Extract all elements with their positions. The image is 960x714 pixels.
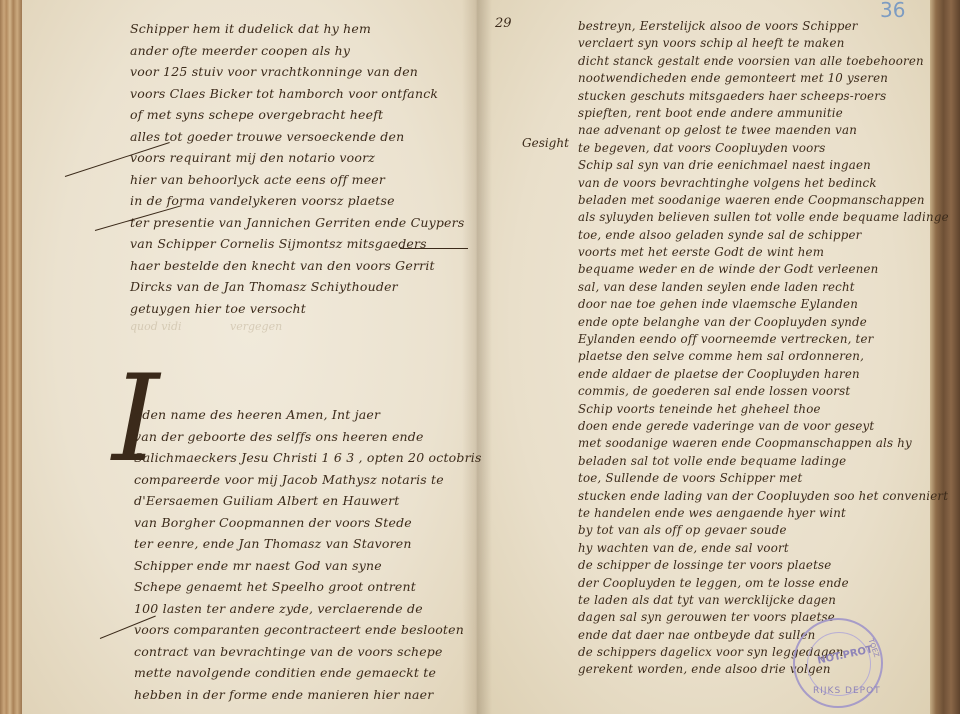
pen-flourish xyxy=(400,248,468,249)
text-line: Schip sal syn van drie eenichmael naest … xyxy=(578,157,949,174)
archive-stamp: NOT.PROT RIJKS DEPOT TOEZ xyxy=(793,618,883,708)
text-line: dagen sal syn gerouwen ter voors plaetse xyxy=(578,609,949,626)
text-line: der Coopluyden te leggen, om te losse en… xyxy=(578,575,949,592)
text-line: ter presentie van Jannichen Gerriten end… xyxy=(130,212,464,234)
text-line: ende dat daer nae ontbeyde dat sullen xyxy=(578,627,949,644)
text-line: Dircks van de Jan Thomasz Schiythouder xyxy=(130,276,464,298)
text-line: bequame weder en de winde der Godt verle… xyxy=(578,261,949,278)
text-line: hy wachten van de, ende sal voort xyxy=(578,540,949,557)
text-line: mette navolgende conditien ende gemaeckt… xyxy=(134,662,482,684)
text-line: of met syns schepe overgebracht heeft xyxy=(130,104,464,126)
text-line: ende aldaer de plaetse der Coopluyden ha… xyxy=(578,366,949,383)
text-line: te laden als dat tyt van wercklijcke dag… xyxy=(578,592,949,609)
text-line: toe, Sullende de voors Schipper met xyxy=(578,470,949,487)
bleed-through-text: quod vidi xyxy=(130,320,182,333)
text-line: nootwendicheden ende gemonteert met 10 y… xyxy=(578,70,949,87)
stamp-bottom-text: RIJKS DEPOT xyxy=(813,686,881,696)
text-line: dicht stanck gestalt ende voorsien van a… xyxy=(578,53,949,70)
text-line: door nae toe gehen inde vlaemsche Eyland… xyxy=(578,296,949,313)
text-line: gerekent worden, ende alsoo drie volgen xyxy=(578,661,949,678)
text-line: sal, van dese landen seylen ende laden r… xyxy=(578,279,949,296)
text-line: de schipper de lossinge ter voors plaets… xyxy=(578,557,949,574)
text-line: d'Eersaemen Guiliam Albert en Hauwert xyxy=(134,490,482,512)
text-line: voor 125 stuiv voor vrachtkonninge van d… xyxy=(130,61,464,83)
text-line: ter eenre, ende Jan Thomasz van Stavoren xyxy=(134,533,482,555)
text-line: commis, de goederen sal ende lossen voor… xyxy=(578,383,949,400)
text-line: Salichmaeckers Jesu Christi 1 6 3 , opte… xyxy=(134,447,482,469)
text-line: van de voors bevrachtinghe volgens het b… xyxy=(578,175,949,192)
text-line: plaetse den selve comme hem sal ordonner… xyxy=(578,348,949,365)
open-manuscript-book: Schipper hem it dudelick dat hy hem ande… xyxy=(0,0,960,714)
text-line: Schip voorts teneinde het gheheel thoe xyxy=(578,401,949,418)
text-line: 100 lasten ter andere zyde, verclaerende… xyxy=(134,598,482,620)
text-line: voorts met het eerste Godt de wint hem xyxy=(578,244,949,261)
text-line: toe, ende alsoo geladen synde sal de sch… xyxy=(578,227,949,244)
text-line: nden name des heeren Amen, Int jaer xyxy=(134,404,482,426)
text-line: bestreyn, Eerstelijck alsoo de voors Sch… xyxy=(578,18,949,35)
text-line: van der geboorte des selffs ons heeren e… xyxy=(134,426,482,448)
text-line: contract van bevrachtinge van de voors s… xyxy=(134,641,482,663)
text-line: hebben in der forme ende manieren hier n… xyxy=(134,684,482,706)
text-line: beladen sal tot volle ende bequame ladin… xyxy=(578,453,949,470)
folio-number: 29 xyxy=(495,16,512,31)
text-line: compareerde voor mij Jacob Mathysz notar… xyxy=(134,469,482,491)
text-line: alles tot goeder trouwe versoeckende den xyxy=(130,126,464,148)
text-line: getuygen hier toe versocht xyxy=(130,298,464,320)
text-line: stucken geschuts mitsgaeders haer scheep… xyxy=(578,88,949,105)
text-line: als syluyden believen sullen tot volle e… xyxy=(578,209,949,226)
text-line: haer bestelde den knecht van den voors G… xyxy=(130,255,464,277)
text-line: spieften, rent boot ende andere ammuniti… xyxy=(578,105,949,122)
text-line: met soodanige waeren ende Coopmanschappe… xyxy=(578,435,949,452)
text-line: Eylanden eendo off voorneemde vertrecken… xyxy=(578,331,949,348)
text-line: van Schipper Cornelis Sijmontsz mitsgaed… xyxy=(130,233,464,255)
text-line: Schipper ende mr naest God van syne xyxy=(134,555,482,577)
text-line: doen ende gerede vaderinge van de voor g… xyxy=(578,418,949,435)
text-line: de schippers dagelicx voor syn leggedage… xyxy=(578,644,949,661)
text-line: ander ofte meerder coopen als hy xyxy=(130,40,464,62)
left-upper-entry: Schipper hem it dudelick dat hy hem ande… xyxy=(130,18,464,319)
text-line: beladen met soodanige waeren ende Coopma… xyxy=(578,192,949,209)
left-lower-entry: nden name des heeren Amen, Int jaer van … xyxy=(134,404,482,705)
text-line: in de forma vandelykeren voorsz plaetse xyxy=(130,190,464,212)
left-page-edges xyxy=(0,0,22,714)
bleed-through-text: vergegen xyxy=(230,320,282,333)
right-entry: bestreyn, Eerstelijck alsoo de voors Sch… xyxy=(578,18,949,679)
text-line: ende opte belanghe van der Coopluyden sy… xyxy=(578,314,949,331)
text-line: hier van behoorlyck acte eens off meer xyxy=(130,169,464,191)
text-line: nae advenant op gelost te twee maenden v… xyxy=(578,122,949,139)
text-line: voors comparanten gecontracteert ende be… xyxy=(134,619,482,641)
text-line: Schipper hem it dudelick dat hy hem xyxy=(130,18,464,40)
text-line: te begeven, dat voors Coopluyden voors xyxy=(578,140,949,157)
text-line: verclaert syn voors schip al heeft te ma… xyxy=(578,35,949,52)
text-line: Schepe genaemt het Speelho groot ontrent xyxy=(134,576,482,598)
text-line: stucken ende lading van der Coopluyden s… xyxy=(578,488,949,505)
margin-note: Gesight xyxy=(522,136,569,150)
text-line: voors Claes Bicker tot hamborch voor ont… xyxy=(130,83,464,105)
text-line: van Borgher Coopmannen der voors Stede xyxy=(134,512,482,534)
text-line: by tot van als off op gevaer soude xyxy=(578,522,949,539)
text-line: voors requirant mij den notario voorz xyxy=(130,147,464,169)
text-line: te handelen ende wes aengaende hyer wint xyxy=(578,505,949,522)
